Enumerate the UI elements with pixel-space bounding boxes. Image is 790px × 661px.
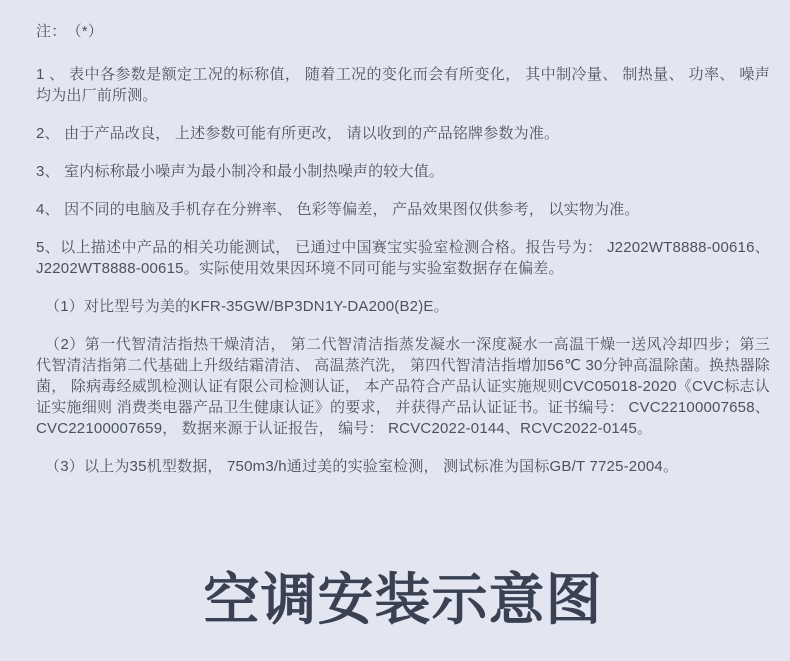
footnote-paragraph-3: （3）以上为35机型数据， 750m3/h通过美的实验室检测， 测试标准为国标G…: [36, 456, 770, 477]
note-paragraph-1: 1 、 表中各参数是额定工况的标称值， 随着工况的变化而会有所变化， 其中制冷量…: [36, 64, 770, 106]
footnote-paragraph-1: （1）对比型号为美的KFR-35GW/BP3DN1Y-DA200(B2)E。: [36, 296, 770, 317]
note-paragraph-3: 3、 室内标称最小噪声为最小制冷和最小制热噪声的较大值。: [36, 161, 770, 182]
note-paragraph-4: 4、 因不同的电脑及手机存在分辨率、 色彩等偏差， 产品效果图仅供参考， 以实物…: [36, 199, 770, 220]
footnote-paragraph-2: （2）第一代智清洁指热干燥清洁， 第二代智清洁指蒸发凝水一深度凝水一高温干燥一送…: [36, 334, 770, 439]
note-paragraph-2: 2、 由于产品改良， 上述参数可能有所更改， 请以收到的产品铭牌参数为准。: [36, 123, 770, 144]
note-header: 注： （*）: [36, 21, 770, 42]
product-notes-page: 注： （*） 1 、 表中各参数是额定工况的标称值， 随着工况的变化而会有所变化…: [0, 0, 790, 661]
note-paragraph-5: 5、以上描述中产品的相关功能测试， 已通过中国赛宝实验室检测合格。报告号为： J…: [36, 237, 770, 279]
section-title: 空调安装示意图: [36, 570, 770, 630]
